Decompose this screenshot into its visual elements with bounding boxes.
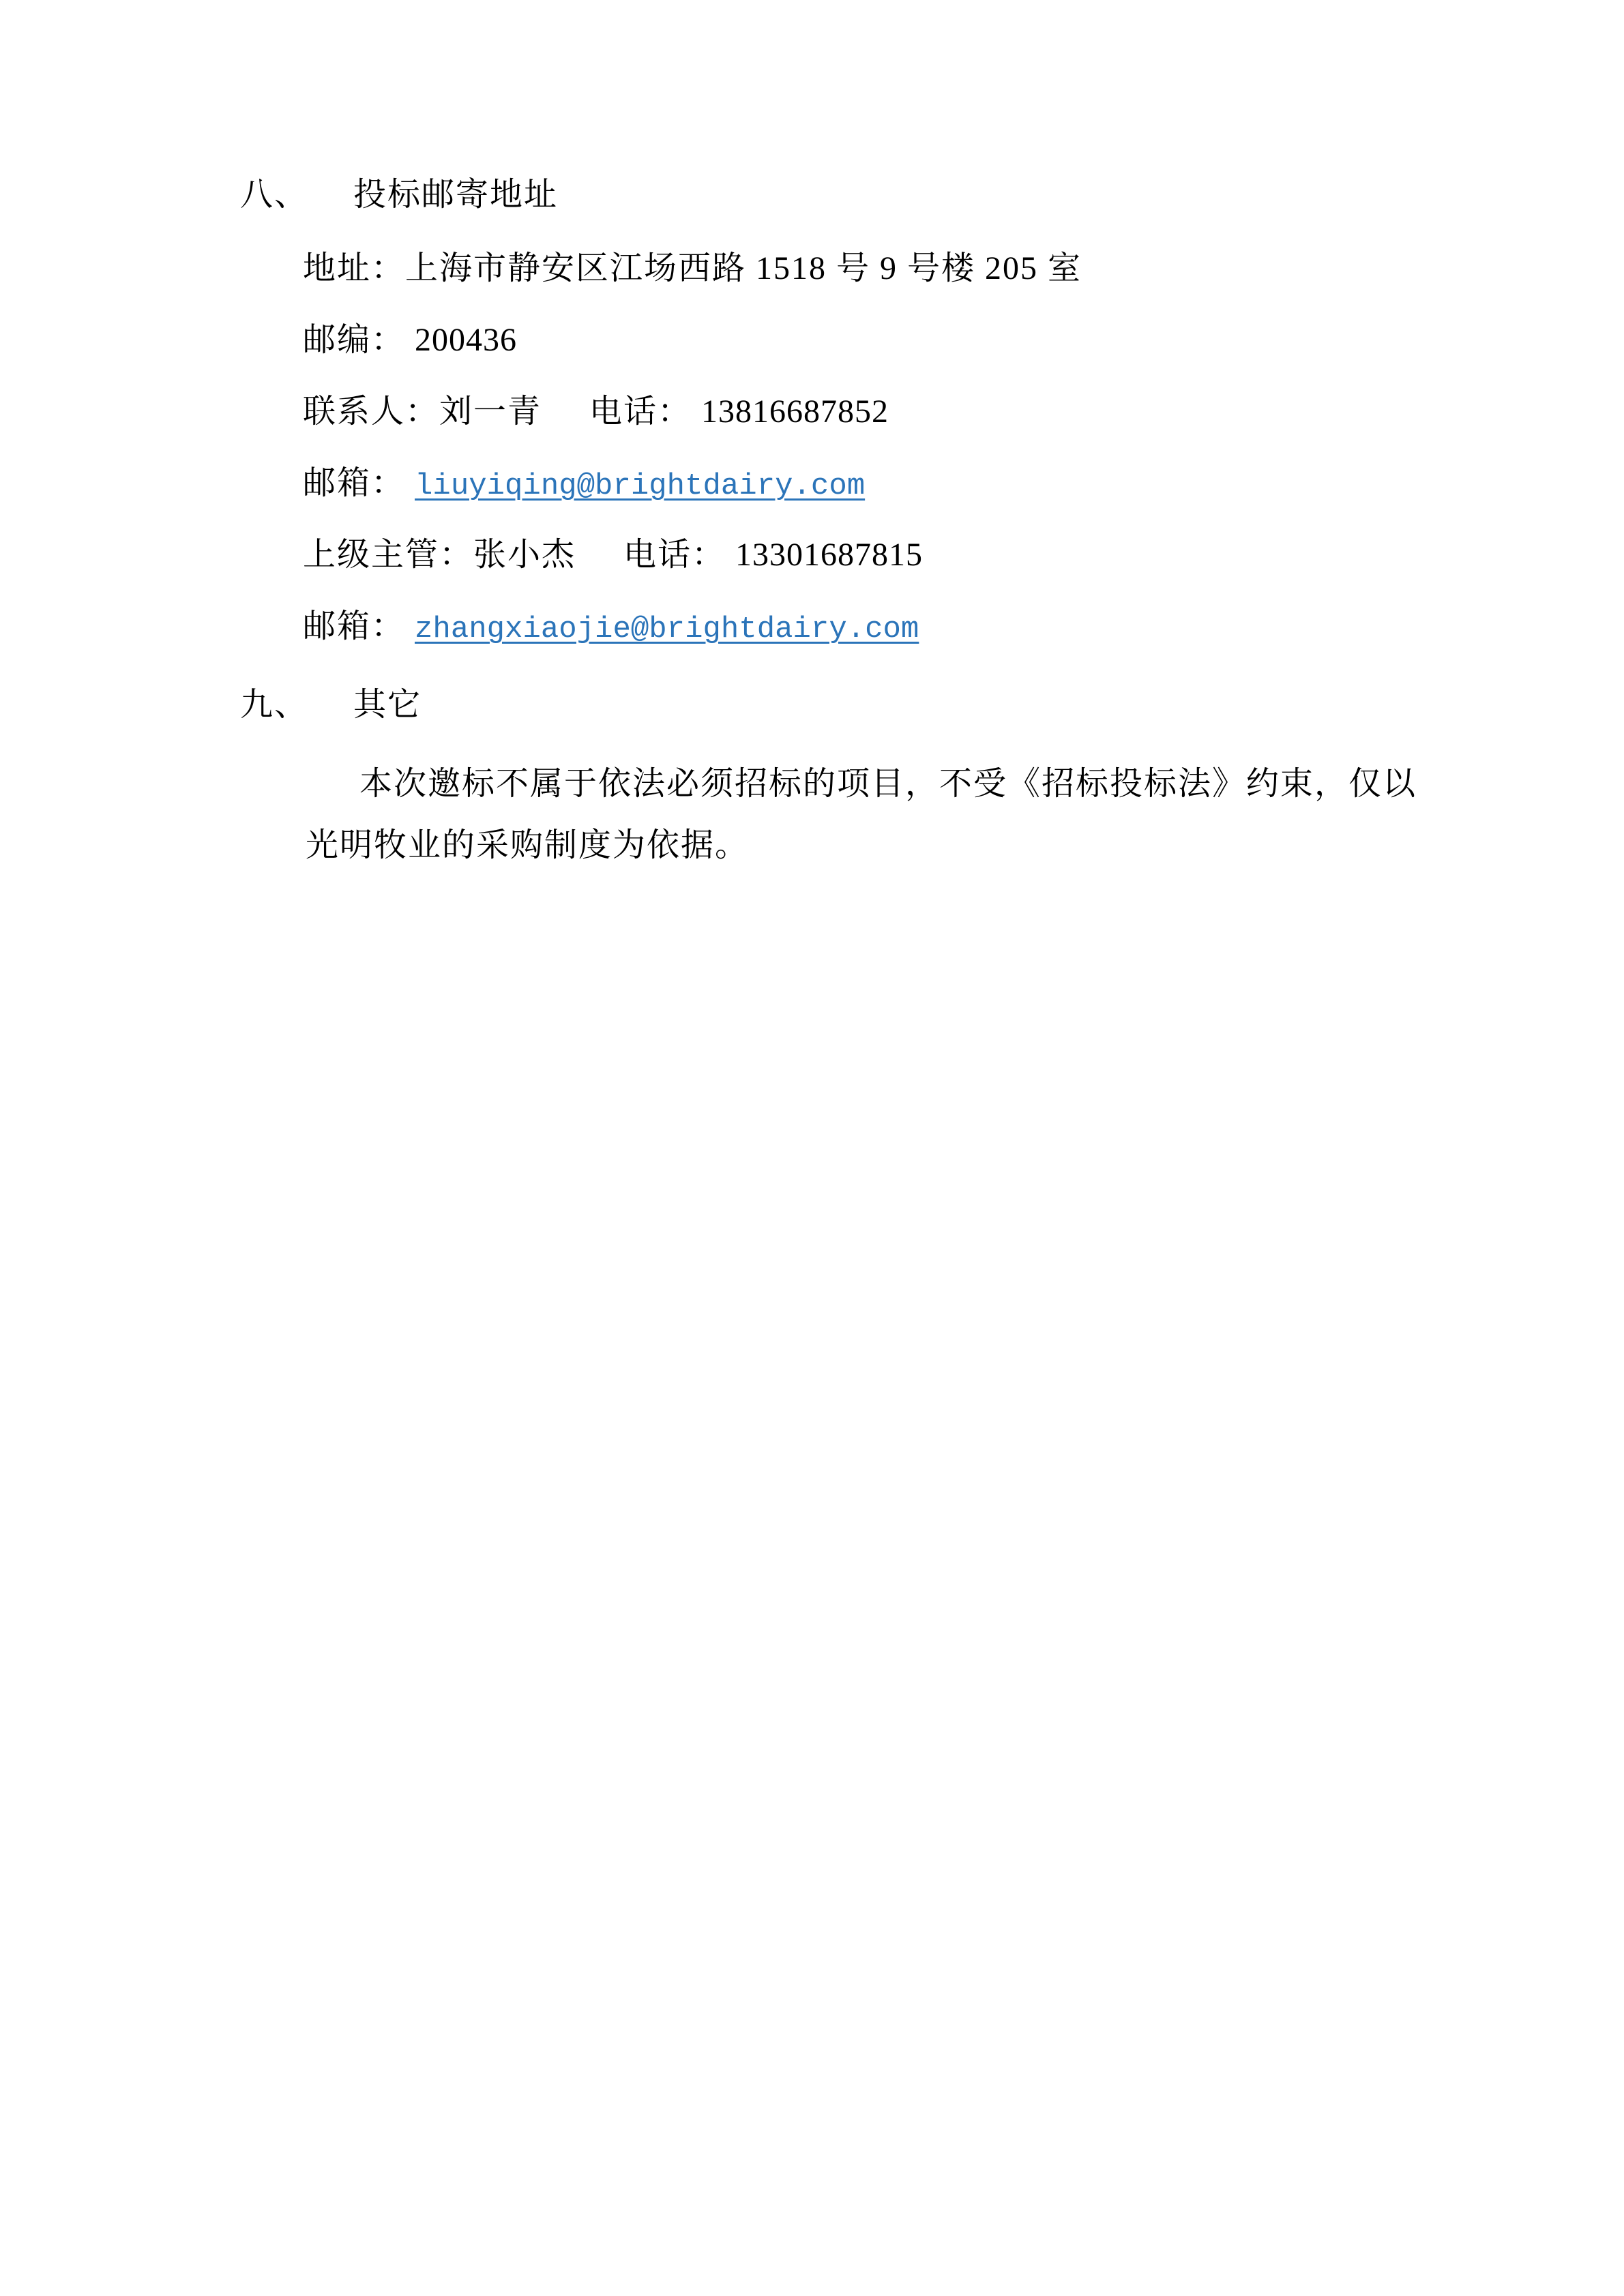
email-1-label: 邮箱： [303,465,405,501]
address-line: 地址：上海市静安区江场西路 1518 号 9 号楼 205 室 [303,250,1082,287]
section-9-title: 其它 [353,687,422,723]
supervisor-name: 张小杰 [473,537,576,573]
section-9-heading: 九、其它 [240,686,422,724]
contact-line: 联系人：刘一青电话：13816687852 [303,393,889,430]
contact-phone-value: 13816687852 [701,393,889,430]
section-9-number: 九、 [240,687,308,723]
email-link-zhangxiaojie[interactable]: zhangxiaojie@brightdairy.com [415,612,919,646]
email-1-line: 邮箱：liuyiqing@brightdairy.com [303,464,865,504]
supervisor-label: 上级主管： [303,537,473,573]
supervisor-phone-value: 13301687815 [735,537,923,573]
contact-label: 联系人： [303,393,439,430]
supervisor-phone-label: 电话： [623,537,726,573]
contact-name: 刘一青 [439,393,542,430]
address-value: 上海市静安区江场西路 1518 号 9 号楼 205 室 [405,250,1082,286]
supervisor-line: 上级主管：张小杰电话：13301687815 [303,536,923,573]
section-8-title: 投标邮寄地址 [353,177,558,213]
postal-code-line: 邮编：200436 [303,321,517,359]
address-label: 地址： [303,250,405,286]
section-9-paragraph-line-1: 本次邀标不属于依法必须招标的项目，不受《招标投标法》约束，仅以 [359,765,1417,803]
section-8-heading: 八、投标邮寄地址 [240,176,558,213]
postal-code-label: 邮编： [303,322,405,358]
email-2-line: 邮箱：zhangxiaojie@brightdairy.com [303,608,919,647]
section-8-number: 八、 [240,177,308,213]
email-link-liuyiqing[interactable]: liuyiqing@brightdairy.com [415,469,865,503]
email-2-label: 邮箱： [303,608,405,644]
postal-code-value: 200436 [415,322,517,358]
section-9-paragraph-line-2: 光明牧业的采购制度为依据。 [306,826,749,864]
document-page: 八、投标邮寄地址 地址：上海市静安区江场西路 1518 号 9 号楼 205 室… [0,0,1624,2296]
contact-phone-label: 电话： [589,393,692,430]
